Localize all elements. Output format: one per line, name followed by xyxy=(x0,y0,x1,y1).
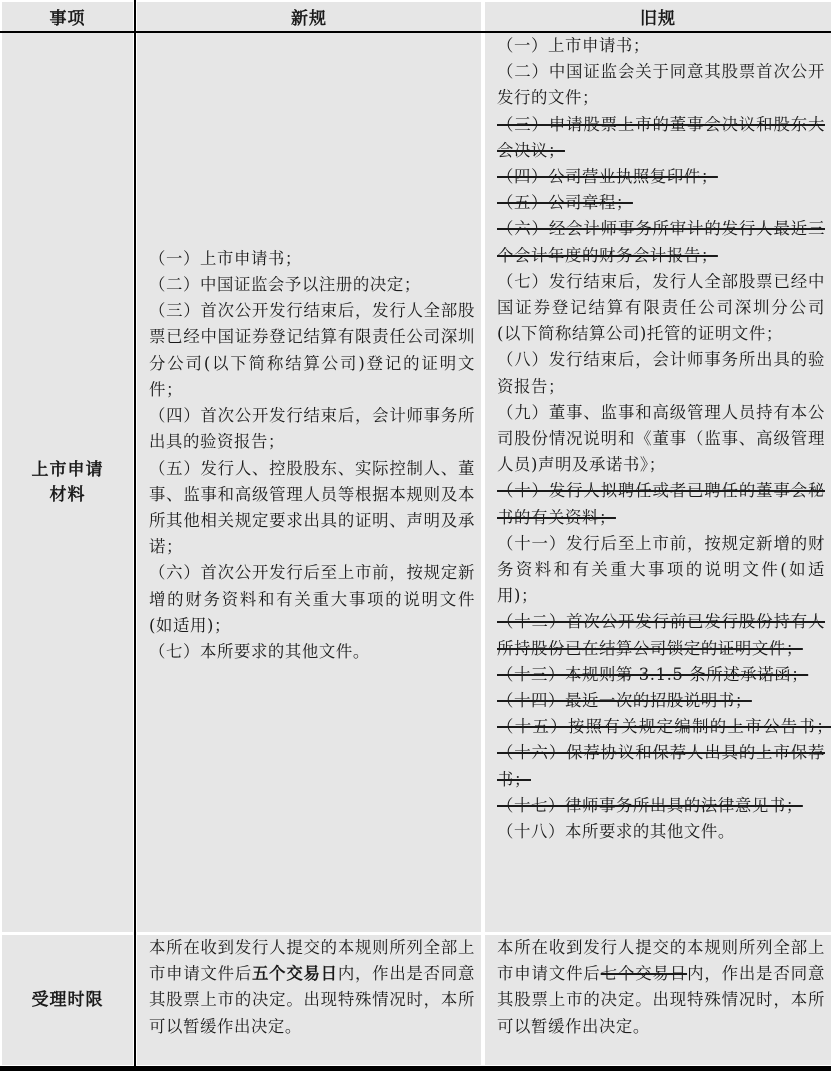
old-rule-item-deleted: （三）申请股票上市的董事会决议和股东大会决议； xyxy=(497,112,825,164)
new-rule-item: （四）首次公开发行结束后，会计师事务所出具的验资报告； xyxy=(149,403,475,455)
old-rule-item: （二）中国证监会关于同意其股票首次公开发行的文件； xyxy=(497,59,825,111)
old-rule-item: （九）董事、监事和高级管理人员持有本公司股份情况说明和《董事（监事、高级管理人员… xyxy=(497,400,825,479)
header-item-label: 事项 xyxy=(50,4,86,29)
old-rule-item: （十八）本所要求的其他文件。 xyxy=(497,819,825,845)
new-rule-item: （六）首次公开发行后至上市前，按规定新增的财务资料和有关重大事项的说明文件(如适… xyxy=(149,560,475,639)
row-review-deadline-label: 受理时限 xyxy=(2,935,133,1065)
old-rule-item: （七）发行结束后，发行人全部股票已经中国证券登记结算有限责任公司深圳分公司(以下… xyxy=(497,269,825,348)
old-rule-deadline-text: 本所在收到发行人提交的本规则所列全部上市申请文件后七个交易日内，作出是否同意其股… xyxy=(497,935,825,1040)
old-rule-item-deleted: （四）公司营业执照复印件； xyxy=(497,164,825,190)
new-rule-deadline-text: 本所在收到发行人提交的本规则所列全部上市申请文件后五个交易日内，作出是否同意其股… xyxy=(149,935,475,1040)
header-item: 事项 xyxy=(2,2,133,31)
header-bottom-rule xyxy=(0,31,831,33)
header-new-rule-label: 新规 xyxy=(291,4,327,29)
old-rule-item-deleted: （十四）最近一次的招股说明书； xyxy=(497,688,825,714)
new-rule-item: （五）发行人、控股股东、实际控制人、董事、监事和高级管理人员等根据本规则及本所其… xyxy=(149,456,475,561)
old-rule-item-deleted: （十二）首次公开发行前已发行股份持有人所持股份已在结算公司锁定的证明文件； xyxy=(497,609,825,661)
new-rule-review-deadline: 本所在收到发行人提交的本规则所列全部上市申请文件后五个交易日内，作出是否同意其股… xyxy=(137,935,481,1065)
new-rule-listing-materials: （一）上市申请书； （二）中国证监会予以注册的决定； （三）首次公开发行结束后，… xyxy=(137,33,481,932)
new-deadline-days: 五个交易日 xyxy=(252,964,338,983)
column-divider-rule xyxy=(134,0,136,1066)
old-rule-item-deleted: （十三）本规则第 3.1.5 条所述承诺函； xyxy=(497,662,825,688)
old-rule-listing-materials: （一）上市申请书； （二）中国证监会关于同意其股票首次公开发行的文件； （三）申… xyxy=(485,33,831,932)
old-rule-review-deadline: 本所在收到发行人提交的本规则所列全部上市申请文件后七个交易日内，作出是否同意其股… xyxy=(485,935,831,1065)
header-old-rule-label: 旧规 xyxy=(640,4,676,29)
old-deadline-days-deleted: 七个交易日 xyxy=(601,964,687,983)
old-rule-item-deleted: （五）公司章程； xyxy=(497,190,825,216)
header-old-rule: 旧规 xyxy=(485,2,831,31)
old-rule-item-deleted: （十五）按照有关规定编制的上市公告书； （十六）保荐协议和保荐人出具的上市保荐书… xyxy=(497,714,825,793)
item-label-line-1: 上市申请 xyxy=(32,458,104,483)
header-new-rule: 新规 xyxy=(137,2,481,31)
old-rule-item-deleted: （十七）律师事务所出具的法律意见书； xyxy=(497,793,825,819)
item-label: 受理时限 xyxy=(32,988,104,1013)
old-rule-item: （八）发行结束后，会计师事务所出具的验资报告； xyxy=(497,347,825,399)
table-bottom-rule xyxy=(0,1066,831,1071)
new-rule-item: （七）本所要求的其他文件。 xyxy=(149,639,475,665)
row-listing-materials-label: 上市申请 材料 xyxy=(2,33,133,932)
old-rule-item-deleted: （六）经会计师事务所审计的发行人最近三个会计年度的财务会计报告； xyxy=(497,216,825,268)
old-rule-item-deleted: （十）发行人拟聘任或者已聘任的董事会秘书的有关资料； xyxy=(497,478,825,530)
new-rule-item: （一）上市申请书； xyxy=(149,246,475,272)
old-rule-item: （十一）发行后至上市前，按规定新增的财务资料和有关重大事项的说明文件(如适用)； xyxy=(497,531,825,610)
old-rule-item: （一）上市申请书； xyxy=(497,33,825,59)
new-rule-item: （三）首次公开发行结束后，发行人全部股票已经中国证券登记结算有限责任公司深圳分公… xyxy=(149,298,475,403)
new-rule-item: （二）中国证监会予以注册的决定； xyxy=(149,272,475,298)
item-label-line-2: 材料 xyxy=(32,483,104,508)
